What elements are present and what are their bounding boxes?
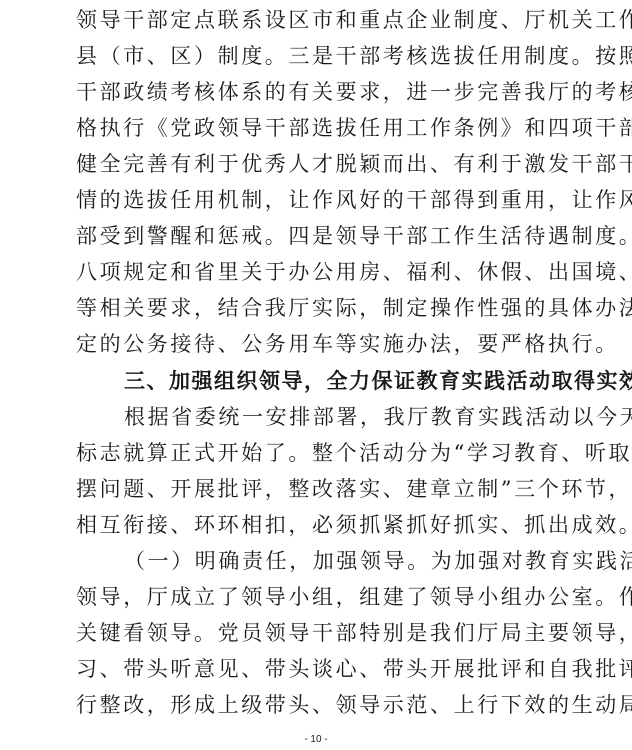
body-line: 领导干部定点联系设区市和重点企业制度、厅机关工作人员服务 [76, 2, 556, 38]
body-line: 习、带头听意见、带头谈心、带头开展批评和自我批评、带头进 [76, 651, 556, 687]
body-line: 县（市、区）制度。三是干部考核选拔任用制度。按照我省关于 [76, 38, 556, 74]
body-line: 部受到警醒和惩戒。四是领导干部工作生活待遇制度。按照中央 [76, 218, 556, 254]
body-line: 八项规定和省里关于办公用房、福利、休假、出国境、基层调研 [76, 254, 556, 290]
body-line: 摆问题、开展批评，整改落实、建章立制”三个环节，逐步展开、 [76, 471, 556, 507]
body-line: 健全完善有利于优秀人才脱颖而出、有利于激发干部干事创业热 [76, 146, 556, 182]
body-line: 领导，厅成立了领导小组，组建了领导小组办公室。作风好不好， [76, 579, 556, 615]
body-line: 干部政绩考核体系的有关要求，进一步完善我厅的考核体系。严 [76, 74, 556, 110]
body-line: 等相关要求，结合我厅实际，制定操作性强的具体办法。已经制 [76, 290, 556, 326]
paragraph-first-line: （一）明确责任，加强领导。为加强对教育实践活动的组织 [124, 543, 556, 579]
paragraph-first-line: 根据省委统一安排部署，我厅教育实践活动以今天的会议为 [124, 399, 556, 435]
body-line: 关键看领导。党员领导干部特别是我们厅局主要领导，要带头学 [76, 615, 556, 651]
paragraph-end-line: 相互衔接、环环相扣，必须抓紧抓好抓实、抓出成效。 [76, 507, 632, 543]
body-line: 行整改，形成上级带头、领导示范、上行下效的生动局面。厅局 [76, 687, 556, 723]
page-number: - 10 - [0, 734, 632, 745]
body-line: 情的选拔任用机制，让作风好的干部得到重用，让作风不好的干 [76, 182, 556, 218]
section-heading: 三、加强组织领导，全力保证教育实践活动取得实效 [124, 363, 632, 399]
body-line: 标志就算正式开始了。整个活动分为“学习教育、听取意见，查 [76, 435, 556, 471]
body-line: 格执行《党政领导干部选拔任用工作条例》和四项干部监督制度， [76, 110, 556, 146]
paragraph-end-line: 定的公务接待、公务用车等实施办法，要严格执行。 [76, 326, 619, 362]
